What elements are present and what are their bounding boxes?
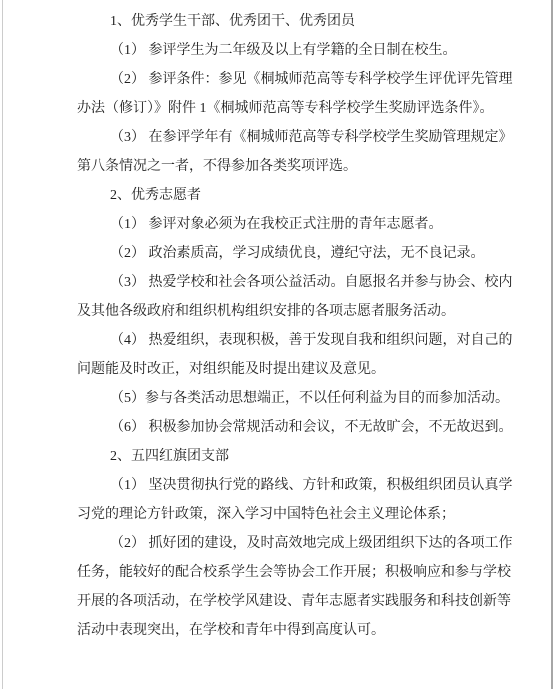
text-line: （3） 热爱学校和社会各项公益活动。自愿报名并参与协会、校内 (77, 268, 522, 297)
document-content: 1、优秀学生干部、优秀团干、优秀团员（1） 参评学生为二年级及以上有学籍的全日制… (77, 7, 522, 645)
text-line: 2、五四红旗团支部 (77, 442, 522, 471)
page-edge-right-line (551, 0, 553, 689)
text-line: 1、优秀学生干部、优秀团干、优秀团员 (77, 7, 522, 36)
text-line: 第八条情况之一者，不得参加各类奖项评选。 (77, 152, 522, 181)
text-line: 办法（修订）》附件 1《桐城师范高等专科学校学生奖励评选条件》。 (77, 94, 522, 123)
text-line: 活动中表现突出，在学校和青年中得到高度认可。 (77, 616, 522, 645)
text-line: （2） 政治素质高，学习成绩优良，遵纪守法，无不良记录。 (77, 239, 522, 268)
text-line: 开展的各项活动，在学校学风建设、青年志愿者实践服务和科技创新等 (77, 587, 522, 616)
text-line: （1） 参评对象必须为在我校正式注册的青年志愿者。 (77, 210, 522, 239)
text-line: （4） 热爱组织，表现积极，善于发现自我和组织问题，对自己的 (77, 326, 522, 355)
text-line: 2、优秀志愿者 (77, 181, 522, 210)
text-line: 问题能及时改正，对组织能及时提出建议及意见。 (77, 355, 522, 384)
text-line: （1） 参评学生为二年级及以上有学籍的全日制在校生。 (77, 36, 522, 65)
page-edge-left-line (2, 0, 3, 689)
text-line: （1） 坚决贯彻执行党的路线、方针和政策，积极组织团员认真学 (77, 471, 522, 500)
text-line: 习党的理论方针政策，深入学习中国特色社会主义理论体系； (77, 500, 522, 529)
text-line: （2） 参评条件：参见《桐城师范高等专科学校学生评优评先管理 (77, 65, 522, 94)
text-line: （6） 积极参加协会常规活动和会议，不无故旷会，不无故迟到。 (77, 413, 522, 442)
document-page: 1、优秀学生干部、优秀团干、优秀团员（1） 参评学生为二年级及以上有学籍的全日制… (0, 0, 559, 689)
text-line: 及其他各级政府和组织机构组织安排的各项志愿者服务活动。 (77, 297, 522, 326)
text-line: 任务，能较好的配合校系学生会等协会工作开展；积极响应和参与学校 (77, 558, 522, 587)
text-line: （5）参与各类活动思想端正，不以任何利益为目的而参加活动。 (77, 384, 522, 413)
text-line: （3） 在参评学年有《桐城师范高等专科学校学生奖励管理规定》 (77, 123, 522, 152)
text-line: （2） 抓好团的建设，及时高效地完成上级团组织下达的各项工作 (77, 529, 522, 558)
